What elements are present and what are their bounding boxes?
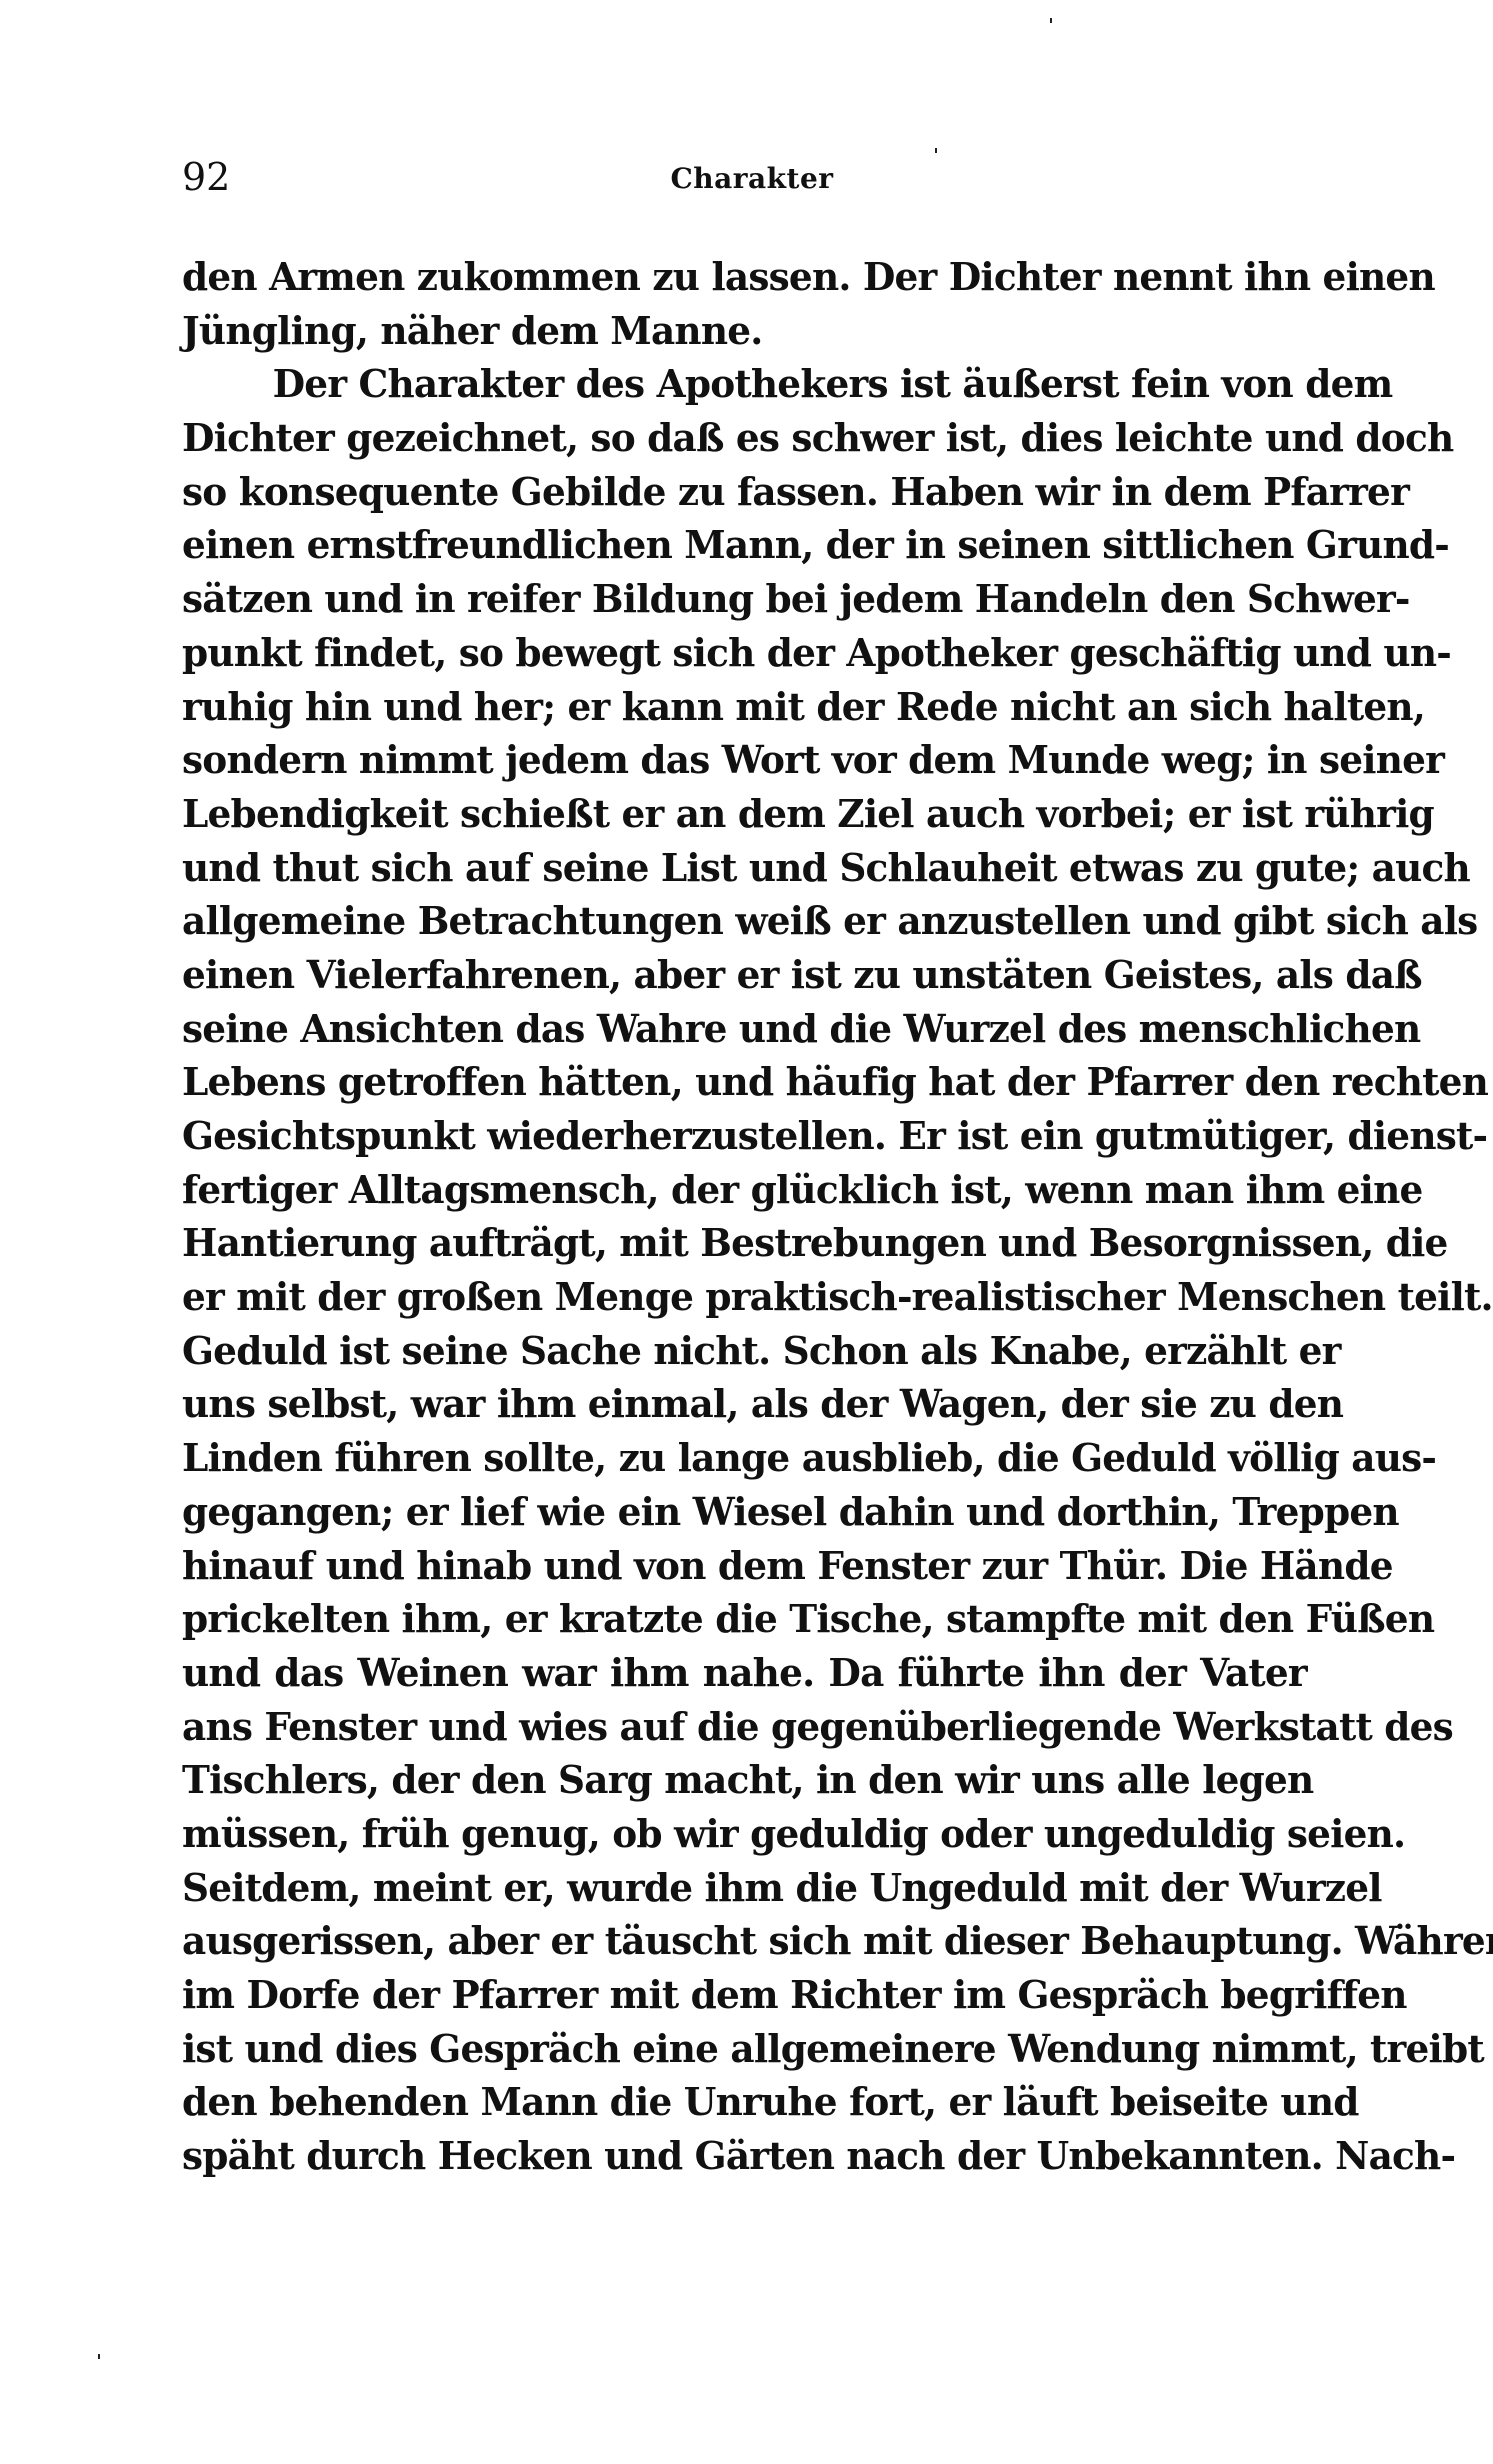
running-header: 92 Charakter [182, 152, 1322, 202]
text-line: und thut sich auf seine List und Schlauh… [182, 841, 1307, 895]
text-line: sondern nimmt jedem das Wort vor dem Mun… [182, 733, 1307, 787]
text-line: und das Weinen war ihm nahe. Da führte i… [182, 1646, 1307, 1700]
text-line: Gesichtspunkt wiederherzustellen. Er ist… [182, 1109, 1307, 1163]
text-line: gegangen; er lief wie ein Wiesel dahin u… [182, 1485, 1307, 1539]
text-line: Lebens getroffen hätten, und häufig hat … [182, 1055, 1307, 1109]
book-page: 92 Charakter den Armen zukommen zu lasse… [0, 0, 1493, 2464]
text-line: Geduld ist seine Sache nicht. Schon als … [182, 1324, 1307, 1378]
text-line: einen ernstfreundlichen Mann, der in sei… [182, 518, 1307, 572]
text-line: den Armen zukommen zu lassen. Der Dichte… [182, 250, 1307, 304]
text-line: späht durch Hecken und Gärten nach der U… [182, 2129, 1307, 2183]
text-line: allgemeine Betrachtungen weiß er anzuste… [182, 894, 1307, 948]
text-line: Seitdem, meint er, wurde ihm die Ungedul… [182, 1861, 1307, 1915]
text-line: ausgerissen, aber er täuscht sich mit di… [182, 1914, 1307, 1968]
text-line: Tischlers, der den Sarg macht, in den wi… [182, 1753, 1307, 1807]
text-line: so konsequente Gebilde zu fassen. Haben … [182, 465, 1307, 519]
text-line: sätzen und in reifer Bildung bei jedem H… [182, 572, 1307, 626]
paragraph-start-line: Der Charakter des Apothekers ist äußerst… [182, 357, 1307, 411]
text-line: punkt findet, so bewegt sich der Apothek… [182, 626, 1307, 680]
text-line: einen Vielerfahrenen, aber er ist zu uns… [182, 948, 1307, 1002]
text-line: müssen, früh genug, ob wir geduldig oder… [182, 1807, 1307, 1861]
scan-speck [98, 2354, 100, 2359]
text-line: Hantierung aufträgt, mit Bestrebungen un… [182, 1216, 1307, 1270]
text-line: seine Ansichten das Wahre und die Wurzel… [182, 1002, 1307, 1056]
text-line: ans Fenster und wies auf die gegenüberli… [182, 1700, 1307, 1754]
text-line: Lebendigkeit schießt er an dem Ziel auch… [182, 787, 1307, 841]
text-line: Jüngling, näher dem Manne. [182, 304, 1307, 358]
body-text: den Armen zukommen zu lassen. Der Dichte… [182, 250, 1324, 2183]
scan-speck [1050, 18, 1052, 23]
text-line: hinauf und hinab und von dem Fenster zur… [182, 1539, 1307, 1593]
text-line: ruhig hin und her; er kann mit der Rede … [182, 680, 1307, 734]
text-line: uns selbst, war ihm einmal, als der Wage… [182, 1377, 1307, 1431]
text-line: den behenden Mann die Unruhe fort, er lä… [182, 2075, 1307, 2129]
text-line: fertiger Alltagsmensch, der glücklich is… [182, 1163, 1307, 1217]
text-line: Dichter gezeichnet, so daß es schwer ist… [182, 411, 1307, 465]
text-line: ist und dies Gespräch eine allgemeinere … [182, 2022, 1307, 2076]
running-title: Charakter [182, 154, 1322, 204]
text-line: er mit der großen Menge praktisch-realis… [182, 1270, 1307, 1324]
text-line: prickelten ihm, er kratzte die Tische, s… [182, 1592, 1307, 1646]
text-line: Linden führen sollte, zu lange ausblieb,… [182, 1431, 1307, 1485]
text-line: im Dorfe der Pfarrer mit dem Richter im … [182, 1968, 1307, 2022]
